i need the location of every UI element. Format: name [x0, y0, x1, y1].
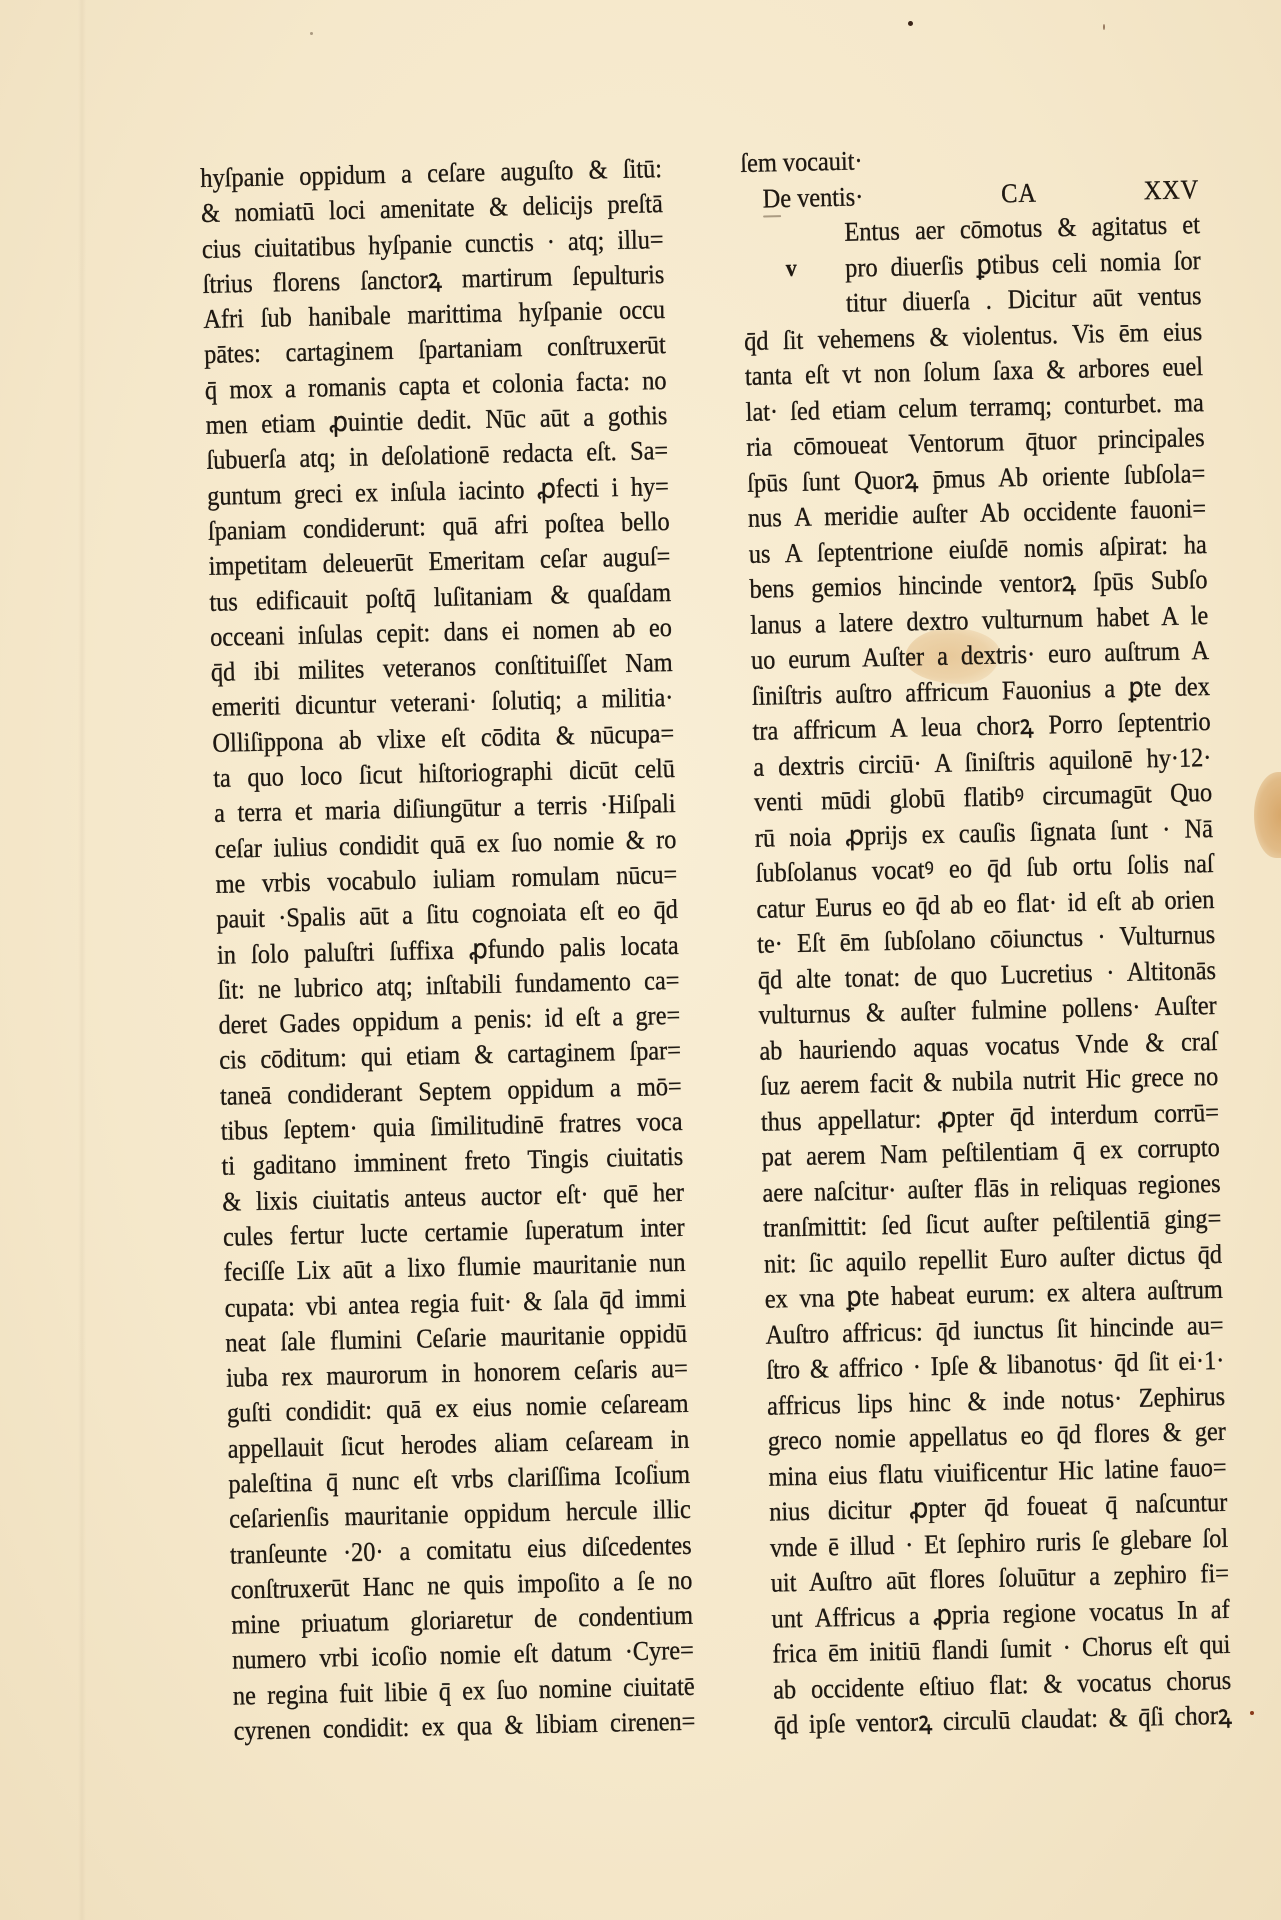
left-text-column: hyſpanie oppidum a ceſare auguſto & ſitū…	[200, 151, 696, 1749]
paper-speck	[908, 21, 913, 26]
chapter-title: De ventis·	[762, 179, 863, 217]
chapter-label: CA	[1001, 175, 1037, 211]
paper-speck	[1103, 24, 1105, 30]
gutter-shadow	[78, 0, 86, 1920]
water-stain	[1254, 772, 1281, 858]
text-line-content: pro diuerſis ꝑtibus celi nomia ſor	[845, 245, 1201, 283]
initial-guide-letter: v	[785, 251, 797, 287]
paper-speck	[310, 32, 313, 35]
right-text-column: ſem vocauit· De ventis· CA XXV Entus aer…	[740, 136, 1232, 1743]
chapter-number: XXV	[1143, 172, 1199, 209]
paper-speck	[1250, 1711, 1254, 1715]
book-page: hyſpanie oppidum a ceſare auguſto & ſitū…	[0, 0, 1281, 1920]
